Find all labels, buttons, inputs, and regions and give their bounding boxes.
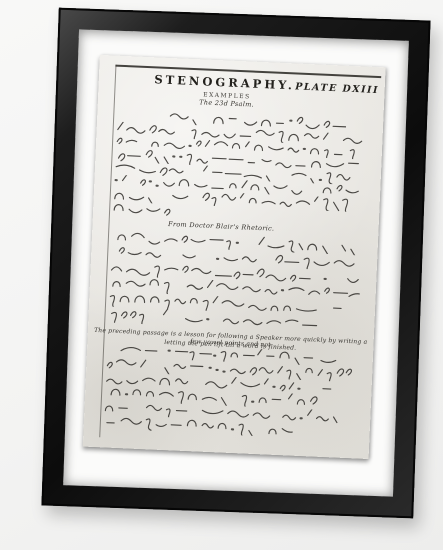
photo-of-framed-print: STENOGRAPHY. PLATE DXIII EXAMPLES The 23… — [0, 0, 443, 550]
picture-frame: STENOGRAPHY. PLATE DXIII EXAMPLES The 23… — [41, 8, 430, 519]
stenography-plate-paper: STENOGRAPHY. PLATE DXIII EXAMPLES The 23… — [83, 55, 386, 459]
plate-number: PLATE DXIII — [295, 82, 379, 97]
shorthand-block-rhetoric — [107, 229, 373, 333]
shorthand-block-speed-passage — [102, 342, 367, 440]
shorthand-row — [112, 201, 175, 217]
mat-board: STENOGRAPHY. PLATE DXIII EXAMPLES The 23… — [63, 29, 409, 496]
shorthand-block-psalm — [112, 109, 378, 226]
